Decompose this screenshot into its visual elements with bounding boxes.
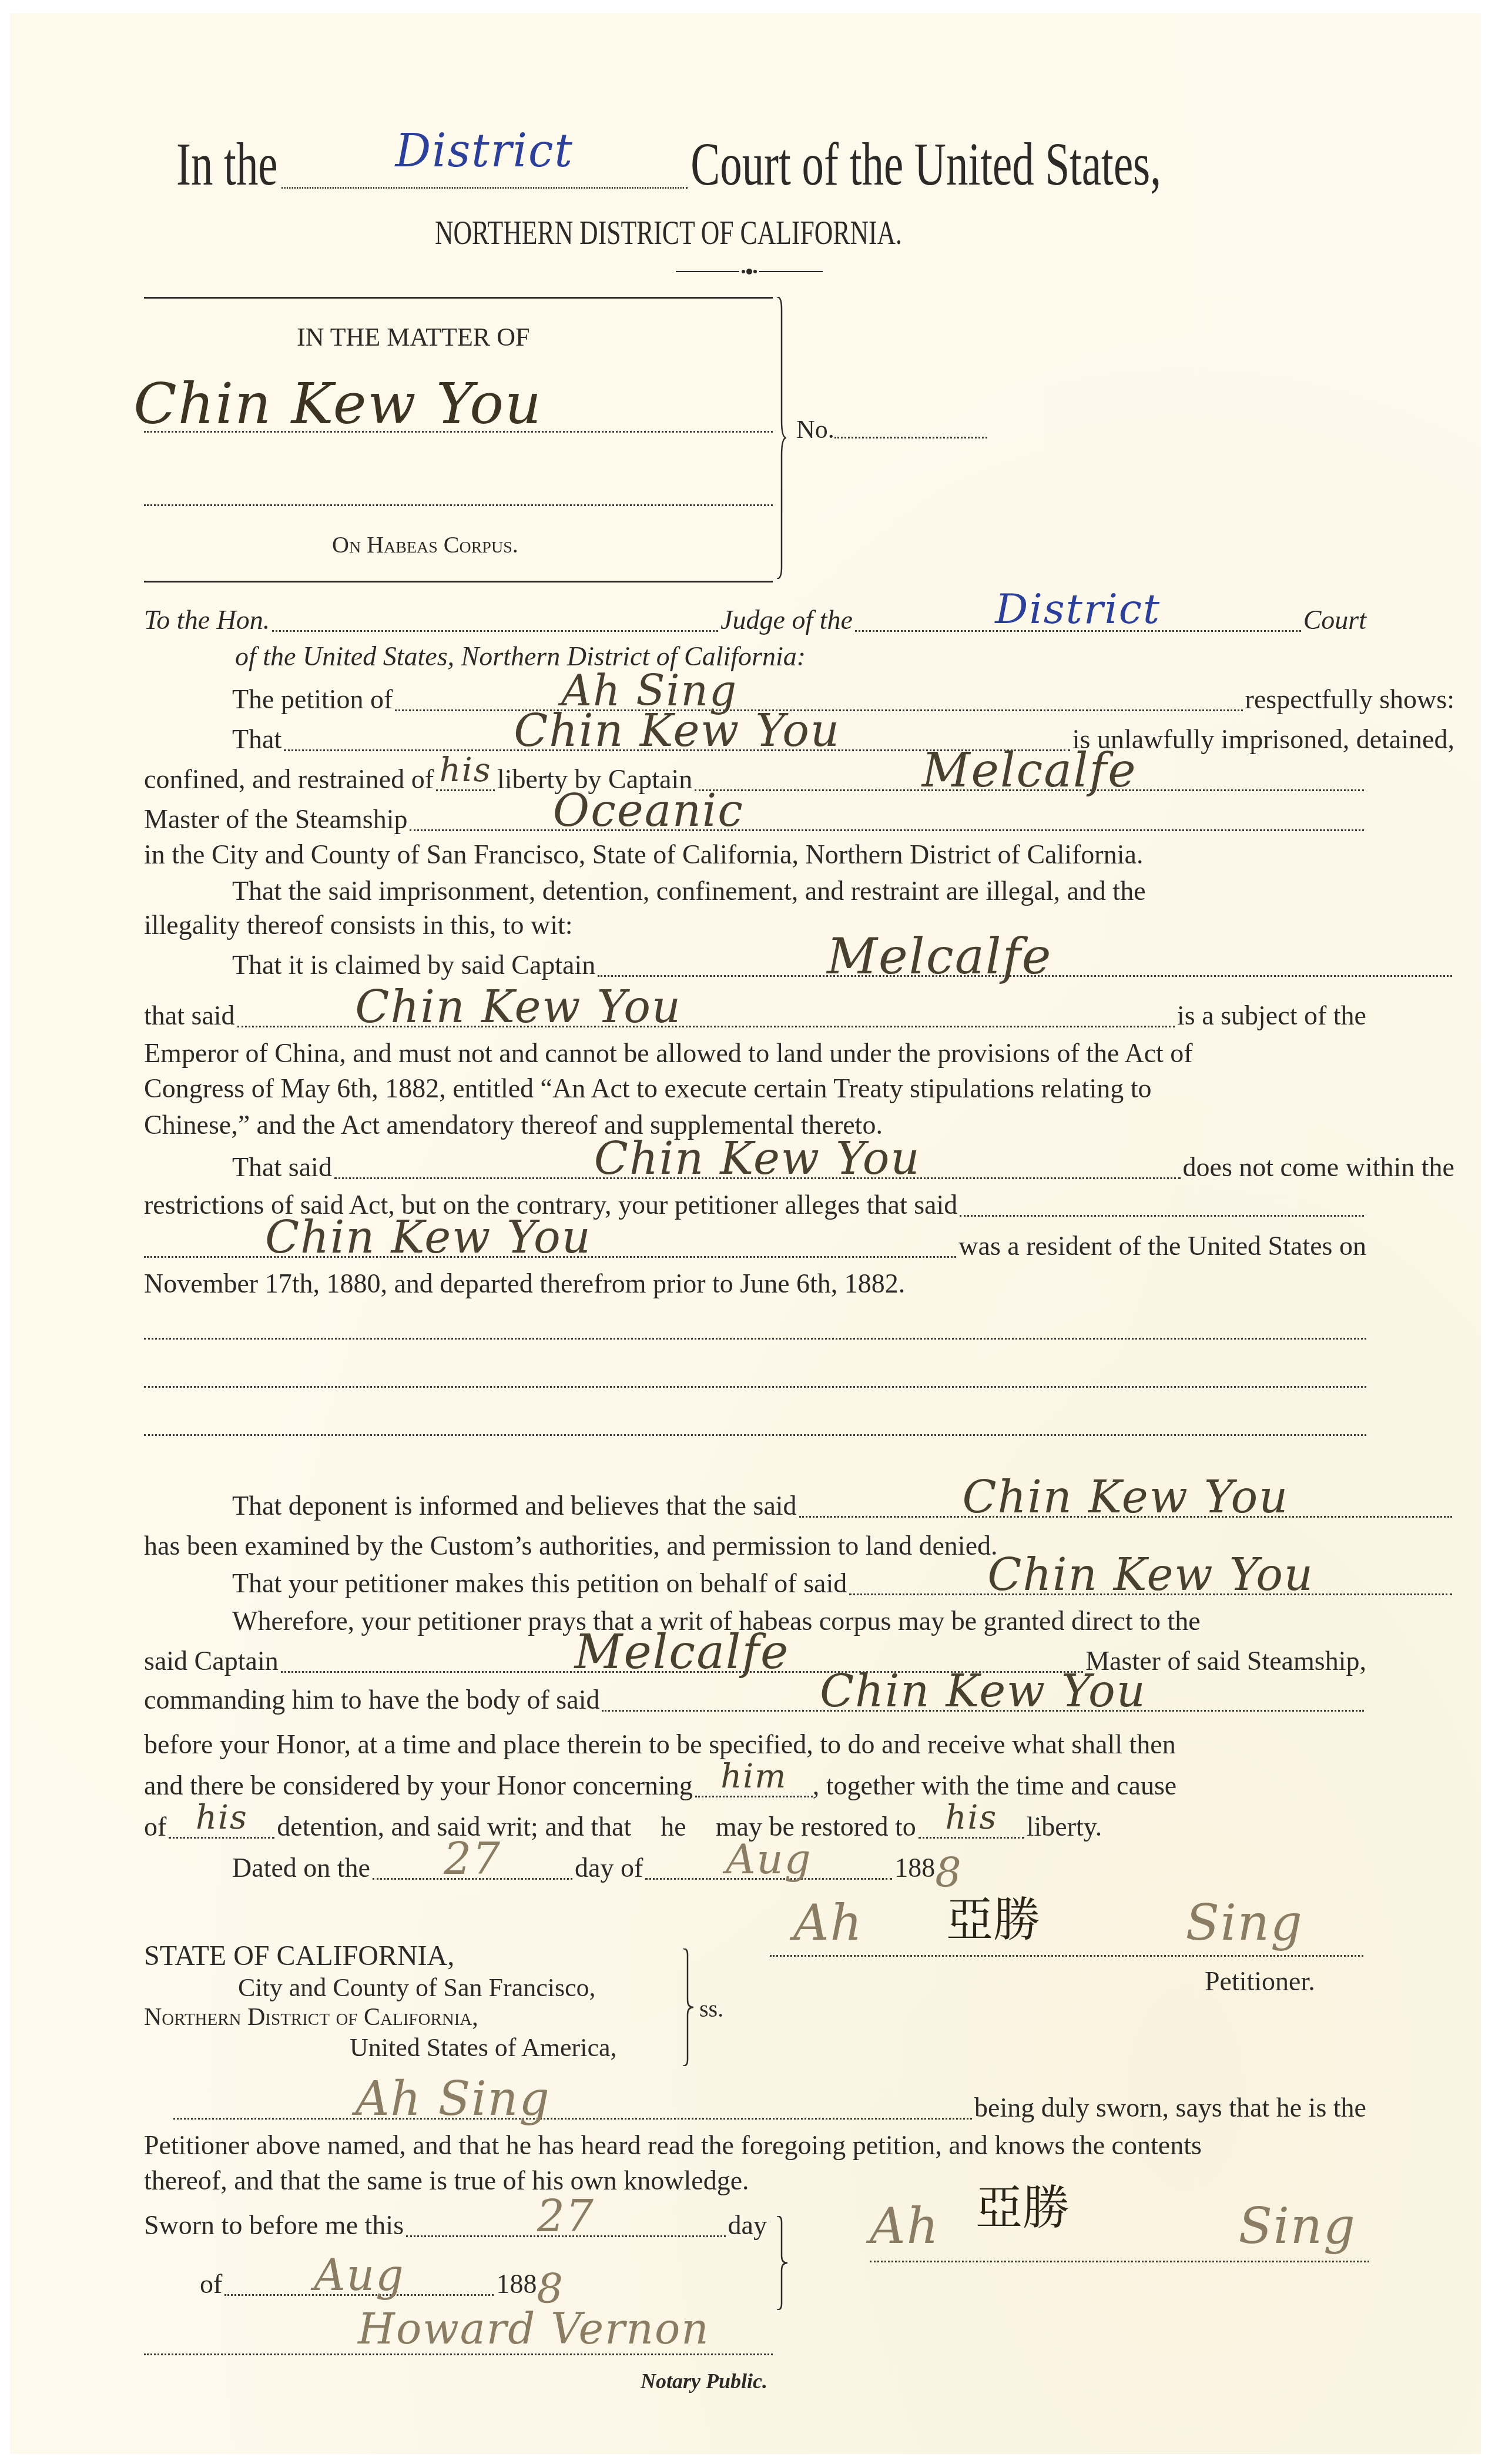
text: being duly sworn, says that he is the — [974, 2090, 1366, 2125]
judge-name-field[interactable] — [272, 630, 718, 632]
court-type-field[interactable]: District — [281, 134, 687, 189]
sworn-month-handwritten: Aug — [314, 2258, 404, 2293]
petition-line-21: said Captain Melcalfe Master of said Ste… — [144, 1643, 1366, 1679]
venue-country: United States of America, — [350, 2033, 617, 2063]
petition-line-16: November 17th, 1880, and departed theref… — [144, 1266, 1366, 1301]
case-number-field[interactable] — [834, 437, 987, 438]
petition-line-7: illegality thereof consists in this, to … — [144, 908, 1366, 943]
petition-line-24: and there be considered by your Honor co… — [144, 1768, 1366, 1803]
dated-line: Dated on the 27 day of Aug 188 8 — [144, 1850, 937, 1886]
pronoun-handwritten: his — [440, 753, 492, 788]
court-type-field-2[interactable]: District — [855, 630, 1301, 632]
text: That said — [232, 1150, 332, 1185]
petitioner-signature-roman: Ah Sing — [793, 1894, 1303, 1951]
affiant-name-handwritten: Ah Sing — [356, 2081, 551, 2117]
petition-line-6: That the said imprisonment, detention, c… — [144, 873, 1454, 909]
subject-name-field[interactable]: Chin Kew You — [237, 1026, 1175, 1027]
petition-line-5: in the City and County of San Francisco,… — [144, 837, 1366, 872]
text: That it is claimed by said Captain — [232, 948, 595, 983]
sworn-of-line: of Aug 188 8 — [200, 2267, 564, 2302]
court-type-handwritten: District — [395, 119, 573, 183]
affiant-name-field[interactable]: Ah Sing — [173, 2118, 972, 2120]
text: liberty. — [1027, 1809, 1102, 1844]
sworn-day-field[interactable]: 27 — [406, 2235, 726, 2237]
sworn-month-field[interactable]: Aug — [224, 2294, 494, 2296]
blank-line-3[interactable] — [144, 1434, 1366, 1436]
concerning-field[interactable]: him — [695, 1796, 813, 1797]
court-title-suffix: Court of the United States, — [690, 132, 1161, 197]
claimed-captain-field[interactable]: Melcalfe — [598, 975, 1452, 977]
text: Sworn to before me this — [144, 2208, 404, 2243]
prisoner-name-handwritten: Chin Kew You — [514, 713, 840, 748]
text: That your petitioner makes this petition… — [232, 1566, 847, 1601]
text: and there be considered by your Honor co… — [144, 1768, 693, 1803]
text: day of — [575, 1850, 643, 1886]
prisoner-name-handwritten-7: Chin Kew You — [820, 1673, 1147, 1709]
notary-signature-field[interactable]: Howard Vernon — [144, 2353, 773, 2355]
text: Master of the Steamship — [144, 802, 407, 837]
captain-name-handwritten: Melcalfe — [922, 753, 1137, 788]
text: said Captain — [144, 1643, 279, 1679]
text: of — [200, 2267, 222, 2302]
text: , together with the time and cause — [813, 1768, 1366, 1803]
text: was a resident of the United States on — [958, 1228, 1366, 1264]
body-name-field[interactable]: Chin Kew You — [602, 1710, 1364, 1712]
court-label: Court — [1303, 602, 1366, 638]
resident-name-field[interactable]: Chin Kew You — [144, 1256, 956, 1258]
notary-label: Notary Public. — [641, 2369, 767, 2393]
notary-signature-handwritten: Howard Vernon — [358, 2304, 710, 2353]
petitioner-signature-field[interactable]: Ah Sing 亞勝 — [770, 1955, 1363, 1957]
text: 188 — [894, 1850, 935, 1886]
pronoun-field[interactable]: his — [436, 789, 495, 791]
petition-line-8: That it is claimed by said Captain Melca… — [144, 948, 1454, 983]
judge-of-label: Judge of the — [720, 602, 853, 638]
case-number-label: No. — [796, 414, 834, 444]
caption-blank-field[interactable] — [144, 504, 773, 506]
court-title-prefix: In the — [176, 132, 278, 197]
dated-day-field[interactable]: 27 — [373, 1878, 572, 1880]
text: day — [728, 2208, 767, 2243]
caption-brace — [776, 297, 787, 579]
caption-footer: On Habeas Corpus. — [332, 531, 518, 558]
dated-day-handwritten: 27 — [444, 1842, 501, 1877]
text: 188 — [496, 2267, 537, 2302]
sworn-day-handwritten: 27 — [537, 2199, 595, 2234]
text: That — [232, 722, 281, 757]
address-line-2: of the United States, Northern District … — [235, 639, 1457, 674]
petition-line-22: commanding him to have the body of said … — [144, 1682, 1366, 1718]
blank-line-2[interactable] — [144, 1386, 1366, 1388]
verification-line-2: Petitioner above named, and that he has … — [144, 2128, 1366, 2163]
petition-line-11: Congress of May 6th, 1882, entitled “An … — [144, 1071, 1366, 1106]
verification-line-1: Ah Sing being duly sworn, says that he i… — [144, 2090, 1366, 2125]
restored-pronoun-field[interactable]: his — [919, 1837, 1024, 1839]
petition-line-10: Emperor of China, and must not and canno… — [144, 1036, 1366, 1071]
petition-line-13: That said Chin Kew You does not come wit… — [144, 1150, 1454, 1185]
alleges-name-field-a[interactable] — [960, 1215, 1364, 1217]
petition-line-4: Master of the Steamship Oceanic — [144, 802, 1366, 837]
court-subtitle: NORTHERN DISTRICT OF CALIFORNIA. — [435, 215, 902, 252]
affiant-signature-roman: Ah Sing — [870, 2197, 1356, 2255]
petition-line-15: Chin Kew You was a resident of the Unite… — [144, 1228, 1366, 1264]
pronoun-him-handwritten: him — [720, 1759, 787, 1795]
dated-year-handwritten: 8 — [935, 1861, 963, 1884]
text: does not come within the — [1183, 1150, 1454, 1185]
petition-line-17: That deponent is informed and believes t… — [144, 1488, 1454, 1524]
court-type-handwritten-2: District — [995, 591, 1161, 627]
caption-box: IN THE MATTER OF Chin Kew You On Habeas … — [144, 297, 773, 582]
sworn-brace — [776, 2216, 790, 2310]
text: that said — [144, 998, 235, 1033]
verification-line-3: thereof, and that the same is true of hi… — [144, 2163, 1366, 2198]
dated-month-field[interactable]: Aug — [645, 1878, 892, 1880]
petitioner-name-handwritten: Ah Sing — [561, 673, 738, 708]
text: respectfully shows: — [1245, 682, 1454, 717]
steamship-name-handwritten: Oceanic — [553, 793, 744, 828]
prisoner-name-handwritten-4: Chin Kew You — [265, 1220, 592, 1255]
address-line-1: To the Hon. Judge of the District Court — [144, 602, 1366, 638]
affiant-signature-field[interactable]: Ah Sing 亞勝 — [870, 2261, 1369, 2262]
petition-line-9: that said Chin Kew You is a subject of t… — [144, 998, 1366, 1033]
petitioner-signature-chinese: 亞勝 — [946, 1882, 1040, 1949]
captain-name-handwritten-3: Melcalfe — [574, 1635, 789, 1670]
steamship-name-field[interactable]: Oceanic — [410, 829, 1364, 831]
caption-heading: IN THE MATTER OF — [297, 322, 529, 352]
petition-line-2: That Chin Kew You is unlawfully imprison… — [144, 722, 1454, 757]
prisoner-name-handwritten-2: Chin Kew You — [355, 989, 682, 1025]
venue-state: STATE OF CALIFORNIA, — [144, 1940, 454, 1972]
text: of — [144, 1809, 166, 1844]
prisoner-name-handwritten-5: Chin Kew You — [962, 1479, 1289, 1515]
petition-line-20: Wherefore, your petitioner prays that a … — [144, 1603, 1454, 1639]
blank-line-1[interactable] — [144, 1338, 1366, 1340]
petition-line-23: before your Honor, at a time and place t… — [144, 1727, 1366, 1762]
sworn-line: Sworn to before me this 27 day — [144, 2208, 767, 2243]
venue-district: Northern District of California, — [144, 2003, 478, 2031]
venue-ss: ss. — [699, 1995, 723, 2023]
pronoun-his-handwritten-2: his — [196, 1800, 248, 1836]
text: The petition of — [232, 682, 393, 717]
caption-name-handwritten: Chin Kew You — [133, 371, 542, 437]
venue-city: City and County of San Francisco, — [238, 1973, 596, 2003]
text: confined, and restrained of — [144, 762, 434, 797]
to-the-hon-label: To the Hon. — [144, 602, 270, 638]
exempt-name-field[interactable]: Chin Kew You — [334, 1177, 1181, 1179]
text: is a subject of the — [1177, 998, 1366, 1033]
text: he — [661, 1809, 686, 1844]
petition-line-3: confined, and restrained of his liberty … — [144, 762, 1366, 797]
ornament-divider — [676, 267, 823, 276]
venue-brace — [682, 1949, 696, 2066]
case-number: No. — [796, 414, 987, 444]
cause-pronoun-field[interactable]: his — [169, 1837, 274, 1839]
dated-month-handwritten: Aug — [726, 1842, 812, 1877]
sworn-year-handwritten: 8 — [537, 2277, 564, 2301]
behalf-name-field[interactable]: Chin Kew You — [849, 1593, 1452, 1595]
text: That deponent is informed and believes t… — [232, 1488, 797, 1524]
captain-name-field[interactable]: Melcalfe — [695, 789, 1364, 791]
petition-line-19: That your petitioner makes this petition… — [144, 1566, 1454, 1601]
caption-name-field[interactable]: Chin Kew You — [144, 431, 773, 433]
court-title: In the District Court of the United Stat… — [176, 132, 1495, 197]
prisoner-name-handwritten-3: Chin Kew You — [594, 1141, 921, 1176]
prisoner-name-handwritten-6: Chin Kew You — [987, 1557, 1314, 1592]
pronoun-his-handwritten-3: his — [945, 1800, 997, 1836]
affiant-signature-chinese: 亞勝 — [976, 2170, 1070, 2237]
captain-name-handwritten-2: Melcalfe — [827, 939, 1052, 974]
examined-name-field[interactable]: Chin Kew You — [799, 1516, 1452, 1518]
petitioner-label: Petitioner. — [1205, 1966, 1315, 1997]
text: Dated on the — [232, 1850, 370, 1886]
text: commanding him to have the body of said — [144, 1682, 599, 1718]
